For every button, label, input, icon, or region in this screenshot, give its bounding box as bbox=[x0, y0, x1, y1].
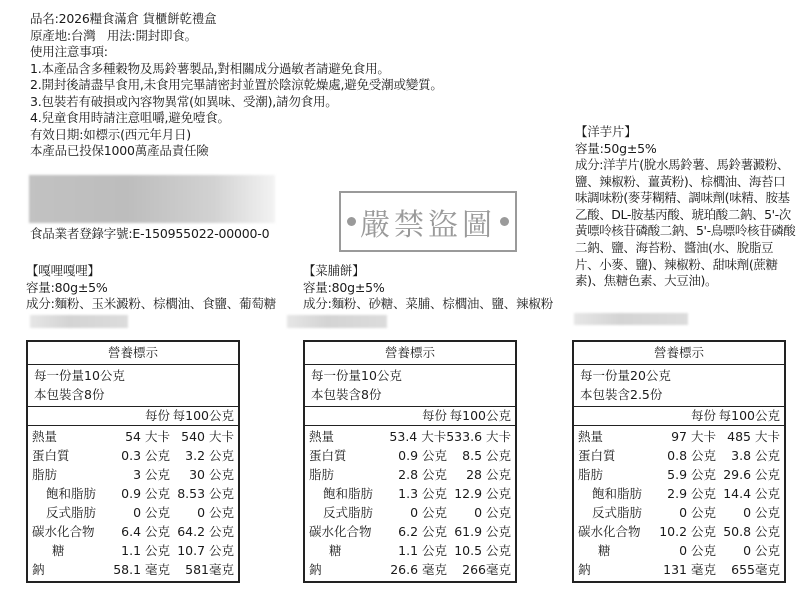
nutrient-row-sugar: 糖1.1 公克10.5 公克 bbox=[305, 541, 515, 560]
redacted-line bbox=[30, 315, 128, 328]
product-title: 【洋芋片】 bbox=[575, 124, 797, 141]
nutrient-row-sugar: 糖1.1 公克10.7 公克 bbox=[28, 541, 238, 560]
col-per-100g: 每100公克 bbox=[447, 407, 511, 425]
notice-1: 1.本產品含多種穀物及馬鈴薯製品,對相關成分過敏者請避免食用。 bbox=[30, 61, 443, 78]
nutrient-row-fat: 脂肪5.9 公克29.6 公克 bbox=[574, 465, 784, 484]
product-title: 【嘎哩嘎哩】 bbox=[26, 263, 276, 280]
nutrition-table-1: 營養標示 每一份量10公克 本包裝含8份 每份 每100公克 熱量54 大卡54… bbox=[26, 340, 240, 583]
product-capacity: 容量:80g±5% bbox=[26, 280, 276, 297]
nutrient-row-fat: 脂肪3 公克30 公克 bbox=[28, 465, 238, 484]
watermark-stamp: 嚴禁盜圖 bbox=[339, 191, 517, 252]
nutrient-row-sugar: 糖0 公克0 公克 bbox=[574, 541, 784, 560]
column-headers: 每份 每100公克 bbox=[574, 407, 784, 426]
servings-per-package: 本包裝含2.5份 bbox=[580, 385, 778, 404]
notice-2: 2.開封後請盡早食用,未食用完畢請密封並置於陰涼乾燥處,避免受潮或變質。 bbox=[30, 77, 443, 94]
origin-usage: 原產地:台灣 用法:開封即食。 bbox=[30, 28, 443, 45]
notice-4: 4.兒童食用時請注意咀嚼,避免噎食。 bbox=[30, 110, 443, 127]
nutrient-row-carbohydrate: 碳水化合物6.2 公克61.9 公克 bbox=[305, 522, 515, 541]
servings-per-package: 本包裝含8份 bbox=[34, 385, 232, 404]
expiry-date: 有效日期:如標示(西元年月日) bbox=[30, 127, 443, 144]
serving-info: 每一份量10公克 本包裝含8份 bbox=[305, 365, 515, 407]
notice-3: 3.包裝若有破損或內容物異常(如異味、受潮),請勿食用。 bbox=[30, 94, 443, 111]
column-headers: 每份 每100公克 bbox=[305, 407, 515, 426]
redacted-line bbox=[287, 315, 387, 328]
nutrient-row-protein: 蛋白質0.3 公克3.2 公克 bbox=[28, 446, 238, 465]
notice-title: 使用注意事項: bbox=[30, 44, 443, 61]
redacted-block bbox=[29, 175, 275, 223]
product-capacity: 容量:80g±5% bbox=[303, 280, 553, 297]
nutrient-row-trans-fat: 反式脂肪0 公克0 公克 bbox=[28, 503, 238, 522]
insurance-note: 本產品已投保1000萬產品責任險 bbox=[30, 143, 443, 160]
nutrient-row-calories: 熱量54 大卡540 大卡 bbox=[28, 427, 238, 446]
watermark-text: 嚴禁盜圖 bbox=[360, 200, 496, 244]
label-header: 品名:2026糧食滿倉 貨櫃餅乾禮盒 原產地:台灣 用法:開封即食。 使用注意事… bbox=[30, 11, 443, 160]
nutrition-table-2: 營養標示 每一份量10公克 本包裝含8份 每份 每100公克 熱量53.4 大卡… bbox=[303, 340, 517, 583]
product-title: 【菜脯餅】 bbox=[303, 263, 553, 280]
nutrient-row-trans-fat: 反式脂肪0 公克0 公克 bbox=[574, 503, 784, 522]
nutrient-row-saturated-fat: 飽和脂肪2.9 公克14.4 公克 bbox=[574, 484, 784, 503]
nutrient-row-calories: 熱量97 大卡485 大卡 bbox=[574, 427, 784, 446]
col-per-serving: 每份 bbox=[387, 407, 447, 425]
product-section-3: 【洋芋片】 容量:50g±5% 成分:洋芋片(脫水馬鈴薯、馬鈴薯澱粉、鹽、辣椒粉… bbox=[575, 124, 797, 290]
col-per-100g: 每100公克 bbox=[716, 407, 780, 425]
nutrient-row-carbohydrate: 碳水化合物6.4 公克64.2 公克 bbox=[28, 522, 238, 541]
nutrient-row-calories: 熱量53.4 大卡533.6 大卡 bbox=[305, 427, 515, 446]
product-ingredients: 成分:麵粉、砂糖、菜脯、棕櫚油、鹽、辣椒粉 bbox=[303, 296, 553, 313]
product-ingredients: 成分:麵粉、玉米澱粉、棕櫚油、食鹽、葡萄糖 bbox=[26, 296, 276, 313]
registration-number: 食品業者登錄字號:E-150955022-00000-0 bbox=[30, 226, 269, 243]
serving-size: 每一份量10公克 bbox=[34, 366, 232, 385]
nutrition-title: 營養標示 bbox=[28, 342, 238, 365]
nutrient-row-saturated-fat: 飽和脂肪0.9 公克8.53 公克 bbox=[28, 484, 238, 503]
col-per-serving: 每份 bbox=[656, 407, 716, 425]
redacted-line bbox=[574, 313, 688, 325]
nutrient-row-sodium: 鈉131 毫克655毫克 bbox=[574, 560, 784, 579]
product-ingredients: 成分:洋芋片(脫水馬鈴薯、馬鈴薯澱粉、鹽、辣椒粉、薑黃粉)、棕櫚油、海苔口味調味… bbox=[575, 157, 797, 290]
nutrient-row-protein: 蛋白質0.8 公克3.8 公克 bbox=[574, 446, 784, 465]
col-per-100g: 每100公克 bbox=[170, 407, 234, 425]
nutrient-row-sodium: 鈉26.6 毫克266毫克 bbox=[305, 560, 515, 579]
product-section-2: 【菜脯餅】 容量:80g±5% 成分:麵粉、砂糖、菜脯、棕櫚油、鹽、辣椒粉 bbox=[303, 263, 553, 313]
product-capacity: 容量:50g±5% bbox=[575, 141, 797, 158]
nutrition-title: 營養標示 bbox=[574, 342, 784, 365]
serving-info: 每一份量10公克 本包裝含8份 bbox=[28, 365, 238, 407]
stamp-dot-right-icon bbox=[500, 217, 509, 226]
nutrient-row-saturated-fat: 飽和脂肪1.3 公克12.9 公克 bbox=[305, 484, 515, 503]
product-name: 品名:2026糧食滿倉 貨櫃餅乾禮盒 bbox=[30, 11, 443, 28]
column-headers: 每份 每100公克 bbox=[28, 407, 238, 426]
nutrition-title: 營養標示 bbox=[305, 342, 515, 365]
nutrient-row-trans-fat: 反式脂肪0 公克0 公克 bbox=[305, 503, 515, 522]
nutrient-row-protein: 蛋白質0.9 公克8.5 公克 bbox=[305, 446, 515, 465]
serving-info: 每一份量20公克 本包裝含2.5份 bbox=[574, 365, 784, 407]
serving-size: 每一份量10公克 bbox=[311, 366, 509, 385]
nutrition-table-3: 營養標示 每一份量20公克 本包裝含2.5份 每份 每100公克 熱量97 大卡… bbox=[572, 340, 786, 583]
stamp-dot-left-icon bbox=[347, 217, 356, 226]
nutrient-row-fat: 脂肪2.8 公克28 公克 bbox=[305, 465, 515, 484]
servings-per-package: 本包裝含8份 bbox=[311, 385, 509, 404]
nutrient-row-sodium: 鈉58.1 毫克581毫克 bbox=[28, 560, 238, 579]
serving-size: 每一份量20公克 bbox=[580, 366, 778, 385]
product-section-1: 【嘎哩嘎哩】 容量:80g±5% 成分:麵粉、玉米澱粉、棕櫚油、食鹽、葡萄糖 bbox=[26, 263, 276, 313]
col-per-serving: 每份 bbox=[110, 407, 170, 425]
nutrient-row-carbohydrate: 碳水化合物10.2 公克50.8 公克 bbox=[574, 522, 784, 541]
